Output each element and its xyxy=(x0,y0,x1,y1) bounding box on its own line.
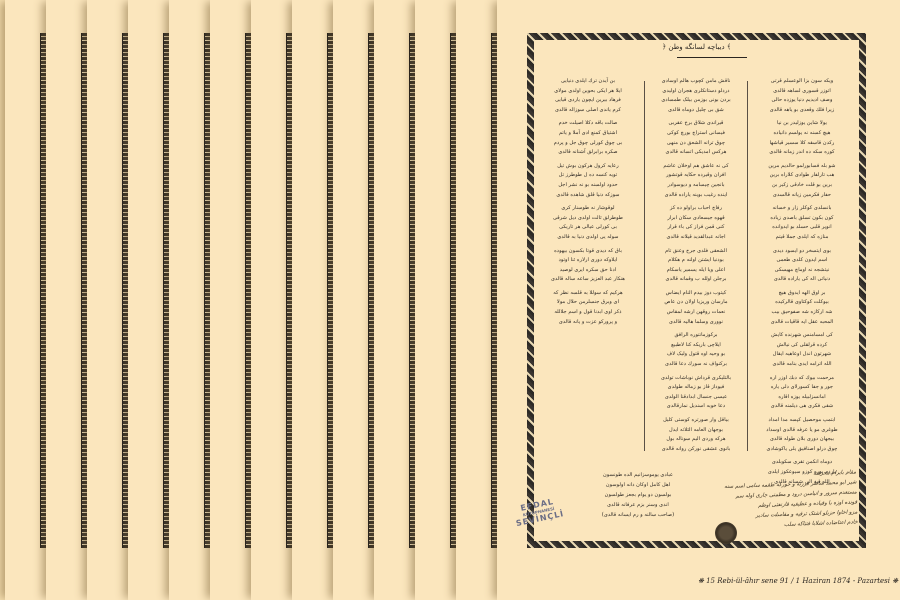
verse-line: کی امسامنس شهرنده کایش xyxy=(753,331,851,341)
verse-line: چوق درلو اصنافیق یلی یاکوشادی xyxy=(753,445,851,455)
stanza: ویکه سون بزا الوعسلم قرتیاتوزر قسوری لسا… xyxy=(753,77,851,115)
verse-line: ویکه سون بزا الوعسلم قرتی xyxy=(753,77,851,87)
verse-line: صالت باقه دکلا اصیلت خدم xyxy=(539,119,637,129)
stanza: ابتمپ موحصیل کپسه مدا امدادطوغری مو یا ع… xyxy=(753,416,851,454)
verse-line: هرکه وردی الیم سوناله بول xyxy=(647,435,745,445)
verse-line: اتوزر قسوری لساهه قالدی xyxy=(753,87,851,97)
verse-line: باق که دیدی قوتا بکسون بیهوده xyxy=(539,247,637,257)
verse-line: امانسزلبیله یوزه اقاره xyxy=(753,393,851,403)
verse-line: دوماه انکمن تقری سکوبلدی xyxy=(753,458,851,468)
verse-line: ایلا هر ایکی بحوین اولدی مولای xyxy=(539,87,637,97)
verse-line: کرم یاندی اصلی سوزاله قالدی xyxy=(539,106,637,116)
verse-line: ایلاچی باریکه کنا لاطبیع xyxy=(647,341,745,351)
stanza: رعایه کرول هرکون بوش تیلتویه کنسه ده ل ط… xyxy=(539,162,637,200)
verse-line: نیتشجه نه اوماچ مهیسکی xyxy=(753,266,851,276)
stanza: بیاقل وار صورتره کوستی کلیلبوجهان العامه… xyxy=(647,416,745,454)
stanza: لوقوشار نه طوسنار کریطوطرلق ثالت اولدی د… xyxy=(539,204,637,242)
verse-line: ابتمپ موحصیل کپسه مدا امداد xyxy=(753,416,851,426)
verse-line: الشعقی فلدی جرح وعنق تام xyxy=(647,247,745,257)
verse-line: کیتوب دوز بیدم النام ایضاس xyxy=(647,289,745,299)
verse-line: بالتلیکری قرداش نوباشات تولدی xyxy=(647,374,745,384)
verse-line: ای وبرق جنسلرمن حلال مولا xyxy=(539,298,637,308)
stanza: صالت باقه دکلا اصیلت خدماشتیاق کمنع ادی … xyxy=(539,119,637,157)
stanza: شو بله فسابورلمو حالدیم مرینهب تارلفار ط… xyxy=(753,162,851,200)
verse-line: (صاحب سالنه و رم ایسانه قالدی) xyxy=(583,510,693,520)
stanza: بانسلدی کوکلر زار و خسانهکون بکون تسلق ب… xyxy=(753,204,851,242)
verse-line: بیوکلت کوکتاوی قالرکیده xyxy=(753,298,851,308)
verse-line: نووری وسلما هالیه قالدی xyxy=(647,318,745,328)
date-caption: ❋ 15 Rebi-ül-âhır sene 91 / 1 Haziran 18… xyxy=(698,577,898,585)
verse-line: شهرتون اندل اوعاهیه ایقال xyxy=(753,350,851,360)
verse-line: رعایه کرول هرکون بوش تیل xyxy=(539,162,637,172)
verse-line: بودنیا ایشتن اولنه م هکلام xyxy=(647,256,745,266)
verse-line: اشتیاق کمنع ادی آملا و یاتم xyxy=(539,129,637,139)
verse-line: نعمات روقهن ارشه لمقاس xyxy=(647,308,745,318)
verse-line: هرکیم که سوللا به قلسه نظر که xyxy=(539,289,637,299)
stanza: هرکیم که سوللا به قلسه نظر کهای وبرق جنس… xyxy=(539,289,637,327)
poem-title: ﴾ دیباچه لسانگه وطن ﴿ xyxy=(527,43,866,51)
verse-line: دنیاتی اله کی یاراده قالدی xyxy=(753,275,851,285)
verse-line: فیوداز قاز بو زماله طولدی xyxy=(647,383,745,393)
stanza: مرحمت بیوك که دبك اوزر ارهجور و جفا کسور… xyxy=(753,374,851,412)
stanza: بالتلیکری قرداش نوباشات تولدیفیوداز قاز … xyxy=(647,374,745,412)
verse-line: بر اوق الهه ایدوق هیچ xyxy=(753,289,851,299)
verse-line: اسم ایدون کلدی طعمی xyxy=(753,256,851,266)
verse-line: منازه که ایلدی جملا قیتم xyxy=(753,233,851,243)
verse-line: سوله یی اولدی دنیا به قالدی xyxy=(539,233,637,243)
verse-line: ناقش مامن کچوب هالم اوسادی xyxy=(647,77,745,87)
verse-line: فیسانی استراج بورچ کوکی xyxy=(647,129,745,139)
verse-line: برین بو قلت خادقی زکیر بن xyxy=(753,181,851,191)
verse-line: هب تارلفار طوادی کلاراه برین xyxy=(753,171,851,181)
stanza: کی امسامنس شهرنده کایشکرده قرلقلی کی نیا… xyxy=(753,331,851,369)
verse-line: بی چوق کورلی چوق جل و پردم xyxy=(539,139,637,149)
verse-line: مرحمت بیوك که دبك اوزر اره xyxy=(753,374,851,384)
verse-line: قهوه جیسعادی سکان ابرار xyxy=(647,214,745,224)
verse-line: طوطرلق ثالت اولدی دیل شرقی xyxy=(539,214,637,224)
verse-line: تویه کنسه ده ل طوطرز تل xyxy=(539,171,637,181)
verse-line: چوق ترانه الشعق دن منهی xyxy=(647,139,745,149)
verse-line: هنکار عبد العزیز ساعه ساله قالدی xyxy=(539,275,637,285)
verse-line: شه ارکازه شه صفوحیق بیب xyxy=(753,308,851,318)
verse-line: دعا خوبه اسندیل نمارقالدی xyxy=(647,402,745,412)
verse-line: زیرا فلك وقعدی بو یاهه قالدی xyxy=(753,106,851,116)
stanza: برکوزمانتوره الرافقایلاچی باریکه کنا لاط… xyxy=(647,331,745,369)
stanza: یولا شاین یوزلیدر بن نیاهیچ کسنه نه یولس… xyxy=(753,119,851,157)
verse-line: کنی قمن فراز کی باء قرار xyxy=(647,223,745,233)
verse-line: بولسون دو یوام بجعز طولسون xyxy=(583,490,693,500)
stanza: بر اوق الهه ایدوق هیچبیوکلت کوکتاوی قالر… xyxy=(753,289,851,327)
verse-line: اجانه عبدالقدید قیلانه قالدی xyxy=(647,233,745,243)
verse-line: حدود اولسنه بو نه نشر اجل xyxy=(539,181,637,191)
verse-line: دردلو دستانکلری هجران اولیدی xyxy=(647,87,745,97)
verse-line: اعلی ویا ایله یسمیر یاسکام xyxy=(647,266,745,276)
stanza: کیتوب دوز بیدم النام ایضاسمارسان وریزیا … xyxy=(647,289,745,327)
column-divider xyxy=(747,81,748,451)
verse-line: بی کورلی عیالی هر تاریکی xyxy=(539,223,637,233)
verse-line: وصف ادیدیم دنیا یوزده حالی xyxy=(753,96,851,106)
verse-line: فرهاد بیرین ایچون یاردی قیایی xyxy=(539,96,637,106)
verse-line: برکوزمانتوره الرافق xyxy=(647,331,745,341)
verse-line: بانوی عشقی نورکن روانه قالدی xyxy=(647,445,745,455)
verse-line: اینده رغیب بوینه یاراده قالدی xyxy=(647,191,745,201)
footer-stanza: عبادی یوموسزانیم الده طونسوناهل کامل اوک… xyxy=(583,470,693,520)
verse-line: لوقوشار نه طوسنار کری xyxy=(539,204,637,214)
stanza: قیراندی شلاق برخ عقربیفیسانی استراج بورچ… xyxy=(647,119,745,157)
verse-line: بردن بونی بوزمن بیلک طمسادی xyxy=(647,96,745,106)
verse-line: کوره سکه ده اندر زمانه قالدی xyxy=(753,148,851,158)
verse-line: انوپر قلبی حسلد بو ایدوانده xyxy=(753,223,851,233)
verse-line: اهل کامل اوکان دانه اولوسون xyxy=(583,480,693,490)
verse-line: قیراندی شلاق برخ عقربی xyxy=(647,119,745,129)
stanza: کی نه عاشق هم اوخلان عاشمافران وقیرده حک… xyxy=(647,162,745,200)
column-left: بن آیدن ترك ایلدی دنیاییایلا هر ایکی بحو… xyxy=(539,77,637,331)
verse-line: الله اترامه ایدی بنامه قالدی xyxy=(753,360,851,370)
column-right: ویکه سون بزا الوعسلم قرتیاتوزر قسوری لسا… xyxy=(753,77,851,491)
stanza: بن آیدن ترك ایلدی دنیاییایلا هر ایکی بحو… xyxy=(539,77,637,115)
verse-line: برکنواف نه سورك دعا قالدی xyxy=(647,360,745,370)
verse-line: شو بله فسابورلمو حالدیم مرین xyxy=(753,162,851,172)
verse-line: بن آیدن ترك ایلدی دنیایی xyxy=(539,77,637,87)
verse-line: بیجهان دوری بلان طوله قالدی xyxy=(753,435,851,445)
verse-line: افران وقیرده حکایه قوتشور xyxy=(647,171,745,181)
verse-line: شق بی چلیل دوماه قالدی xyxy=(647,106,745,116)
verse-line: کرده قرلقلی کی نیالش xyxy=(753,341,851,351)
verse-line: رفاج احباب براولو ده کز xyxy=(647,204,745,214)
verse-line: عیسی جنسال ابدادقنا الولدی xyxy=(647,393,745,403)
verse-line: اندی وسنر بزم عرفانه قالدی xyxy=(583,500,693,510)
verse-line: برجلن اولله ب وقمانه قالدی xyxy=(647,275,745,285)
verse-line: بوی ایتسخر دو ایسود دیدی xyxy=(753,247,851,257)
verse-line: مارسان وریزیا اولان دن عاص xyxy=(647,298,745,308)
verse-line: جور و جفا کسورلای دلی یاره xyxy=(753,383,851,393)
verse-line: ادنا حق سکره ایری لوصید xyxy=(539,266,637,276)
verse-line: عبادی یوموسزانیم الده طونسون xyxy=(583,470,693,480)
stanza: باق که دیدی قوتا بکسون بیهودهایلاوکه دور… xyxy=(539,247,637,285)
verse-line: بوجهان العامه الثلاته ایدل xyxy=(647,426,745,436)
verse-line: شقی فکری هی دیلمنه قالدی xyxy=(753,402,851,412)
stanza: الشعقی فلدی جرح وعنق تامبودنیا ایشتن اول… xyxy=(647,247,745,285)
verse-line: یولا شاین یوزلیدر بن نیا xyxy=(753,119,851,129)
verse-line: کون بکون تسلق باصدی زیاده xyxy=(753,214,851,224)
verse-line: رکدن قاسقه کلا سسیر قیاشها xyxy=(753,139,851,149)
verse-line: طوغری مو یا عرفه قالدی اوسداد xyxy=(753,426,851,436)
verse-line: ذکر اوی ابدنا قول و اسم جلالله xyxy=(539,308,637,318)
verse-line: کی نه عاشق هم اوخلان عاشم xyxy=(647,162,745,172)
verse-line: بانجین چیسامه و دیوسوادر xyxy=(647,181,745,191)
verse-line: هیچ کسنه نه یولسم دانیاده xyxy=(753,129,851,139)
verse-line: هرکس امدیکی اتسانه قالدی xyxy=(647,148,745,158)
stanza: ناقش مامن کچوب هالم اوسادیدردلو دستانکلر… xyxy=(647,77,745,115)
verse-line: بانسلدی کوکلر زار و خسانه xyxy=(753,204,851,214)
title-rule xyxy=(677,57,747,58)
verse-line: صکره برابرلق آشنانه قالدی xyxy=(539,148,637,158)
stanza: رفاج احباب براولو ده کزقهوه جیسعادی سکان… xyxy=(647,204,745,242)
column-divider xyxy=(644,81,645,451)
verse-line: المحبه عقل ایه قاقیات قالدی xyxy=(753,318,851,328)
seal-icon xyxy=(715,522,737,544)
stanza: بوی ایتسخر دو ایسود دیدیاسم ایدون کلدی ط… xyxy=(753,247,851,285)
column-middle: ناقش مامن کچوب هالم اوسادیدردلو دستانکلر… xyxy=(647,77,745,458)
verse-line: و پرورکو عزت و یانه قالدی xyxy=(539,318,637,328)
verse-line: ایلاوکه دوری ارلاره ثنا اوتود xyxy=(539,256,637,266)
verse-line: حفار فکرمین زیانه قالسدی xyxy=(753,191,851,201)
verse-line: بو وحیه اوه قتول ولیک لاف xyxy=(647,350,745,360)
verse-line: سوزکه دنیا قلق شاهده قالدی xyxy=(539,191,637,201)
verse-line: بیاقل وار صورتره کوستی کلیل xyxy=(647,416,745,426)
